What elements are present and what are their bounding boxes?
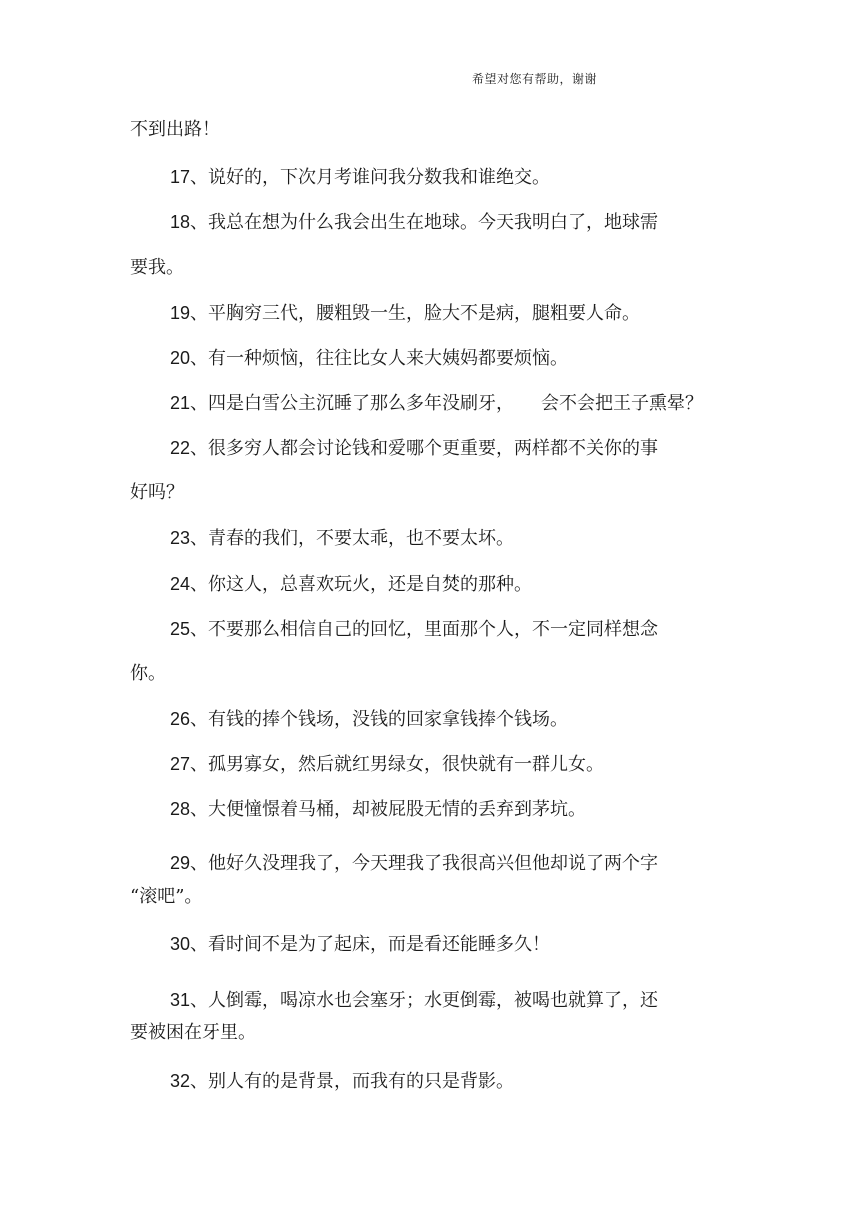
item-number: 21	[170, 393, 190, 413]
numbered-joke-line: 27、孤男寡女，然后就红男绿女，很快就有一群儿女。	[170, 753, 604, 776]
line-text: 要被困在牙里。	[130, 1022, 256, 1043]
numbered-joke-line: 21、四是白雪公主沉睡了那么多年没刷牙， 会不会把王子熏晕？	[170, 392, 703, 415]
line-text: 好吗？	[130, 482, 184, 503]
item-number: 23	[170, 528, 190, 548]
continuation-line: 好吗？	[130, 482, 184, 504]
continuation-line: 要被困在牙里。	[130, 1022, 256, 1044]
item-number: 29	[170, 853, 190, 873]
numbered-joke-line: 26、有钱的捧个钱场，没钱的回家拿钱捧个钱场。	[170, 708, 568, 731]
page-header-note: 希望对您有帮助，谢谢	[472, 70, 597, 87]
line-text: 、青春的我们，不要太乖，也不要太坏。	[190, 528, 514, 549]
line-text: 、有一种烦恼，往往比女人来大姨妈都要烦恼。	[190, 348, 568, 369]
numbered-joke-line: 30、看时间不是为了起床，而是看还能睡多久！	[170, 933, 550, 956]
item-number: 27	[170, 754, 190, 774]
numbered-joke-line: 31、人倒霉，喝凉水也会塞牙；水更倒霉，被喝也就算了，还	[170, 989, 658, 1012]
line-text: 你。	[130, 663, 166, 684]
line-text: 、大便憧憬着马桶，却被屁股无情的丢弃到茅坑。	[190, 799, 586, 820]
line-text: 、你这人，总喜欢玩火，还是自焚的那种。	[190, 574, 532, 595]
line-text: 、人倒霉，喝凉水也会塞牙；水更倒霉，被喝也就算了，还	[190, 990, 658, 1011]
numbered-joke-line: 18、我总在想为什么我会出生在地球。今天我明白了，地球需	[170, 211, 658, 234]
numbered-joke-line: 28、大便憧憬着马桶，却被屁股无情的丢弃到茅坑。	[170, 798, 586, 821]
item-number: 32	[170, 1071, 190, 1091]
continuation-line: 你。	[130, 663, 166, 685]
item-number: 24	[170, 574, 190, 594]
line-text: 、四是白雪公主沉睡了那么多年没刷牙， 会不会把王子熏晕？	[190, 393, 703, 414]
item-number: 26	[170, 709, 190, 729]
item-number: 22	[170, 438, 190, 458]
line-text: 、孤男寡女，然后就红男绿女，很快就有一群儿女。	[190, 754, 604, 775]
numbered-joke-line: 32、别人有的是背景，而我有的只是背影。	[170, 1070, 514, 1093]
numbered-joke-line: 24、你这人，总喜欢玩火，还是自焚的那种。	[170, 573, 532, 596]
item-number: 19	[170, 303, 190, 323]
continuation-line: 不到出路！	[130, 119, 220, 141]
numbered-joke-line: 22、很多穷人都会讨论钱和爱哪个更重要，两样都不关你的事	[170, 437, 658, 460]
item-number: 31	[170, 990, 190, 1010]
line-text: 、不要那么相信自己的回忆，里面那个人，不一定同样想念	[190, 619, 658, 640]
line-text: “滚吧”。	[130, 886, 202, 907]
item-number: 25	[170, 619, 190, 639]
numbered-joke-line: 19、平胸穷三代，腰粗毁一生，脸大不是病，腿粗要人命。	[170, 302, 640, 325]
line-text: 、很多穷人都会讨论钱和爱哪个更重要，两样都不关你的事	[190, 438, 658, 459]
item-number: 28	[170, 799, 190, 819]
line-text: 、我总在想为什么我会出生在地球。今天我明白了，地球需	[190, 212, 658, 233]
numbered-joke-line: 17、说好的，下次月考谁问我分数我和谁绝交。	[170, 166, 550, 189]
item-number: 30	[170, 934, 190, 954]
line-text: 、说好的，下次月考谁问我分数我和谁绝交。	[190, 167, 550, 188]
line-text: 、平胸穷三代，腰粗毁一生，脸大不是病，腿粗要人命。	[190, 303, 640, 324]
line-text: 、他好久没理我了，今天理我了我很高兴但他却说了两个字	[190, 853, 658, 874]
continuation-line: “滚吧”。	[130, 886, 202, 908]
line-text: 不到出路！	[130, 119, 220, 140]
numbered-joke-line: 20、有一种烦恼，往往比女人来大姨妈都要烦恼。	[170, 347, 568, 370]
line-text: 、有钱的捧个钱场，没钱的回家拿钱捧个钱场。	[190, 709, 568, 730]
item-number: 17	[170, 167, 190, 187]
continuation-line: 要我。	[130, 257, 184, 279]
item-number: 18	[170, 212, 190, 232]
line-text: 、别人有的是背景，而我有的只是背影。	[190, 1071, 514, 1092]
line-text: 要我。	[130, 257, 184, 278]
line-text: 、看时间不是为了起床，而是看还能睡多久！	[190, 934, 550, 955]
numbered-joke-line: 29、他好久没理我了，今天理我了我很高兴但他却说了两个字	[170, 852, 658, 875]
numbered-joke-line: 23、青春的我们，不要太乖，也不要太坏。	[170, 527, 514, 550]
numbered-joke-line: 25、不要那么相信自己的回忆，里面那个人，不一定同样想念	[170, 618, 658, 641]
item-number: 20	[170, 348, 190, 368]
